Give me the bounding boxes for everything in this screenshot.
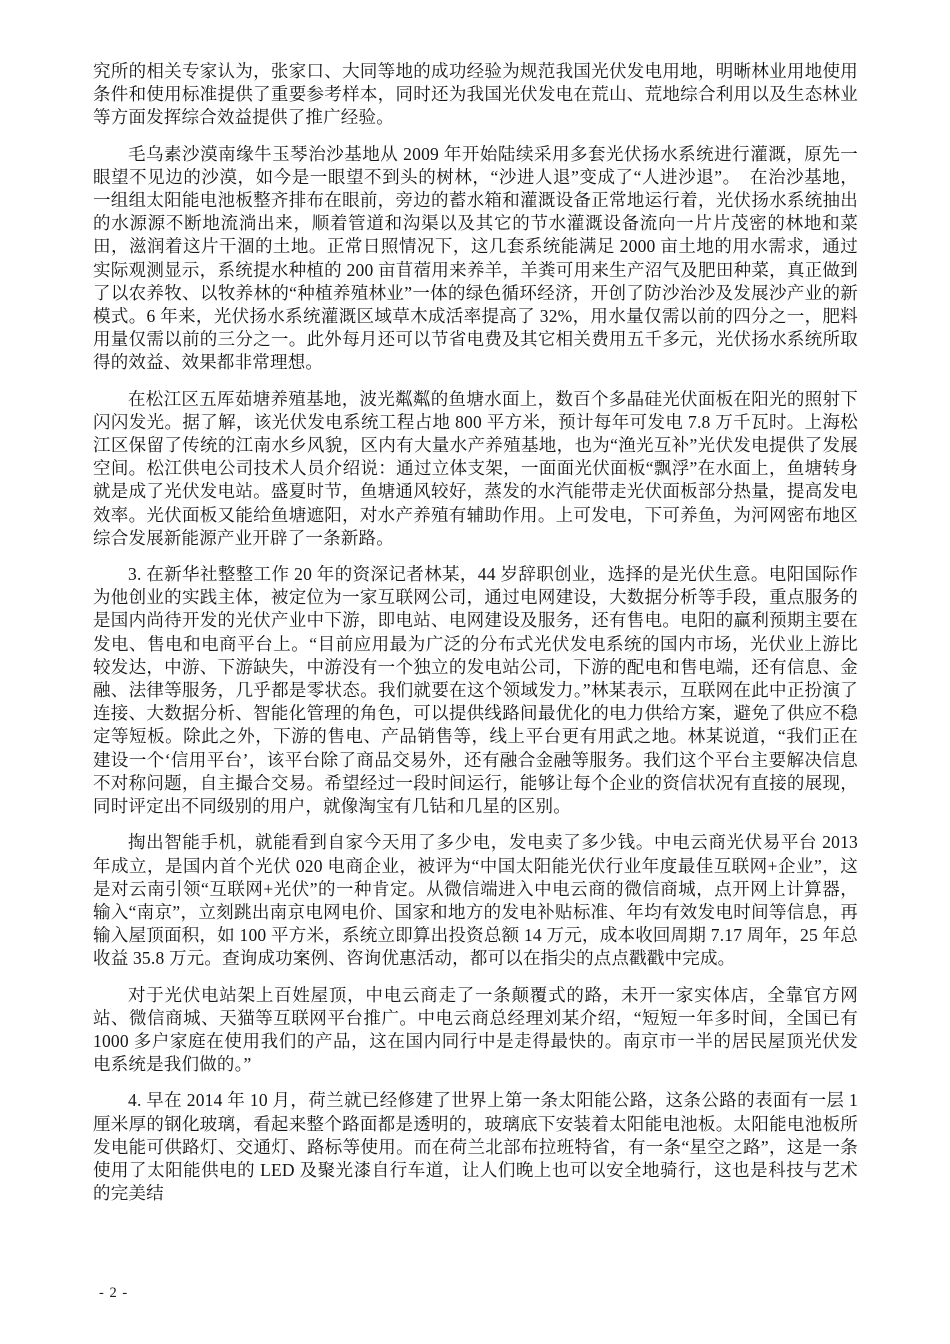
document-body: 究所的相关专家认为，张家口、大同等地的成功经验为规范我国光伏发电用地，明晰林业用… [93,60,858,1218]
paragraph: 对于光伏电站架上百姓屋顶，中电云商走了一条颠覆式的路，未开一家实体店，全靠官方网… [93,984,858,1077]
paragraph: 究所的相关专家认为，张家口、大同等地的成功经验为规范我国光伏发电用地，明晰林业用… [93,60,858,130]
paragraph: 在松江区五厍茹塘养殖基地，波光粼粼的鱼塘水面上，数百个多晶硅光伏面板在阳光的照射… [93,388,858,550]
document-page: 究所的相关专家认为，张家口、大同等地的成功经验为规范我国光伏发电用地，明晰林业用… [0,0,950,1344]
paragraph: 毛乌素沙漠南缘牛玉琴治沙基地从 2009 年开始陆续采用多套光伏扬水系统进行灌溉… [93,143,858,375]
paragraph: 3. 在新华社整整工作 20 年的资深记者林某，44 岁辞职创业，选择的是光伏生… [93,563,858,818]
paragraph: 掏出智能手机，就能看到自家今天用了多少电，发电卖了多少钱。中电云商光伏易平台 2… [93,831,858,970]
page-number: - 2 - [99,1285,128,1302]
paragraph: 4. 早在 2014 年 10 月，荷兰就已经修建了世界上第一条太阳能公路，这条… [93,1089,858,1205]
